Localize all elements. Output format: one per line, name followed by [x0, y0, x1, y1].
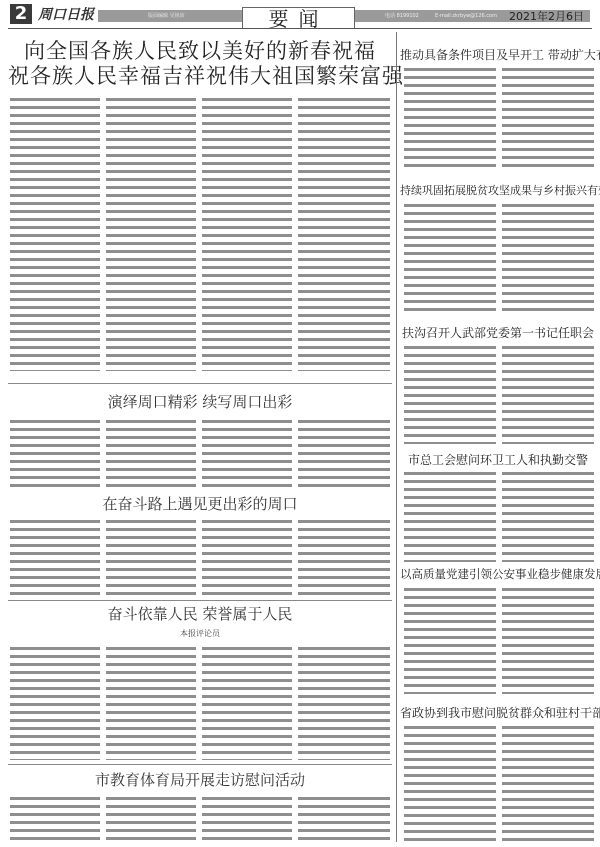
middle4-body-col2 [106, 795, 196, 843]
section-divider [8, 383, 392, 384]
masthead: 2 周口日报 版面编辑 吴铭沛 要闻 电话 8199102 E-mail:zkr… [0, 0, 600, 24]
lead-body-col3 [202, 96, 292, 371]
sidebar-headline-3: 扶沟召开人武部党委第一书记任职会 [400, 324, 596, 341]
paper-name-logo: 周口日报 [38, 6, 94, 24]
middle2-body-col2 [106, 518, 196, 596]
middle-headline-2: 在奋斗路上遇见更出彩的周口 [8, 494, 392, 514]
lead-body-col2 [106, 96, 196, 371]
middle4-body-col3 [202, 795, 292, 843]
middle2-body-col1 [10, 518, 100, 596]
middle4-body-col1 [10, 795, 100, 843]
email-info: E-mail:zkrbyw@126.com [435, 10, 497, 22]
middle-headline-3: 奋斗依靠人民 荣誉属于人民 [8, 604, 392, 624]
sidebar3-body-col2 [502, 344, 594, 444]
middle1-body-col1 [10, 418, 100, 490]
sidebar2-body-col2 [502, 202, 594, 314]
sidebar2-body-col1 [404, 202, 496, 314]
section-title: 要闻 [242, 7, 355, 29]
header-rule [8, 28, 592, 29]
middle3-body-col1 [10, 645, 100, 760]
middle4-body-col4 [298, 795, 390, 843]
sidebar1-body-col1 [404, 66, 496, 172]
section-divider [8, 764, 392, 765]
byline: 本报评论员 [8, 628, 392, 639]
middle-headline-4: 市教育体育局开展走访慰问活动 [8, 770, 392, 790]
sidebar4-body-col1 [404, 470, 496, 562]
lead-headline-line1: 向全国各族人民致以美好的新春祝福 [8, 38, 392, 65]
column-divider [396, 32, 397, 842]
header-bar-left: 版面编辑 吴铭沛 [98, 10, 242, 22]
lead-headline-line2: 祝各族人民幸福吉祥祝伟大祖国繁荣富强 [8, 63, 392, 90]
middle2-body-col4 [298, 518, 390, 596]
page-number: 2 [10, 4, 32, 24]
sidebar5-body-col2 [502, 586, 594, 694]
sidebar6-body-col2 [502, 724, 594, 843]
sidebar-headline-6: 省政协到我市慰问脱贫群众和驻村干部 [400, 704, 596, 721]
sidebar3-body-col1 [404, 344, 496, 444]
middle3-body-col2 [106, 645, 196, 760]
middle3-body-col4 [298, 645, 390, 760]
issue-date: 2021年2月6日 [509, 8, 584, 24]
lead-body-col1 [10, 96, 100, 371]
sidebar-headline-1: 推动具备条件项目及早开工 带动扩大有效投资 [400, 46, 596, 63]
sidebar-headline-2: 持续巩固拓展脱贫攻坚成果与乡村振兴有效衔接 [400, 182, 596, 198]
sidebar6-body-col1 [404, 724, 496, 843]
middle-headline-1: 演绎周口精彩 续写周口出彩 [8, 392, 392, 412]
sidebar1-body-col2 [502, 66, 594, 172]
sidebar4-body-col2 [502, 470, 594, 562]
section-divider [8, 600, 392, 601]
contact-info: 电话 8199102 [385, 10, 419, 22]
middle1-body-col4 [298, 418, 390, 490]
sidebar-headline-4: 市总工会慰问环卫工人和执勤交警 [400, 451, 596, 468]
sidebar-headline-5: 以高质量党建引领公安事业稳步健康发展 [400, 566, 596, 582]
middle1-body-col3 [202, 418, 292, 490]
lead-body-col4 [298, 96, 390, 371]
middle2-body-col3 [202, 518, 292, 596]
middle1-body-col2 [106, 418, 196, 490]
editor-info: 版面编辑 吴铭沛 [148, 10, 185, 22]
middle3-body-col3 [202, 645, 292, 760]
sidebar5-body-col1 [404, 586, 496, 694]
